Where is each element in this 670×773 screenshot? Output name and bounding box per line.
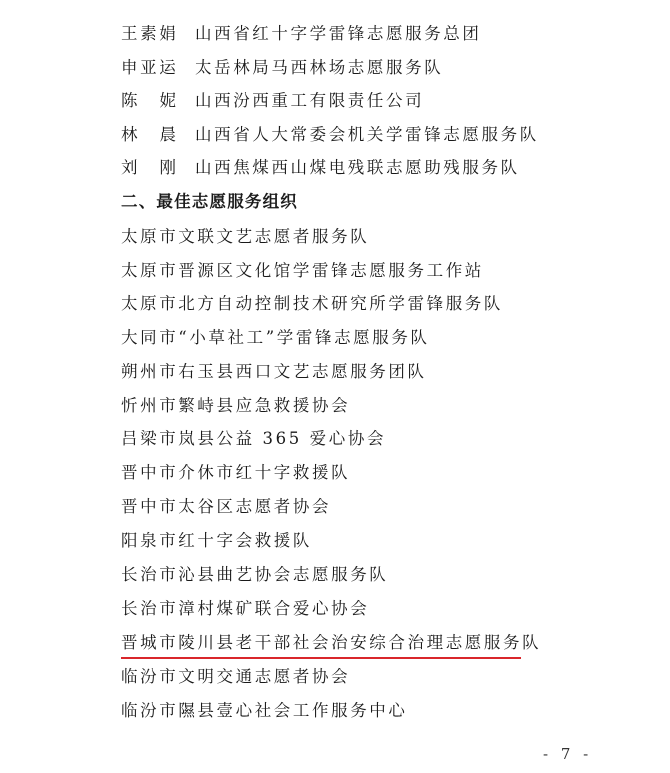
organization-entry: 太原市文联文艺志愿者服务队: [121, 225, 369, 249]
organization-entry: 长治市漳村煤矿联合爱心协会: [121, 597, 369, 621]
organization-entry: 太原市北方自动控制技术研究所学雷锋服务队: [121, 292, 503, 316]
individual-entry: 林晨山西省人大常委会机关学雷锋志愿服务队: [121, 123, 539, 147]
individual-name: 申亚运: [121, 56, 195, 80]
organization-entry: 太原市晋源区文化馆学雷锋志愿服务工作站: [121, 259, 484, 283]
individual-org: 太岳林局马西林场志愿服务队: [195, 58, 443, 77]
red-underline-highlight: [121, 657, 521, 659]
individual-name: 林晨: [121, 123, 195, 147]
organization-entry: 临汾市文明交通志愿者协会: [121, 665, 350, 689]
organization-entry: 大同市“小草社工”学雷锋志愿服务队: [121, 326, 430, 350]
organization-entry: 阳泉市红十字会救援队: [121, 529, 312, 553]
individual-name: 陈妮: [121, 89, 195, 113]
organization-entry: 朔州市右玉县西口文艺志愿服务团队: [121, 360, 427, 384]
individual-entry: 陈妮山西汾西重工有限责任公司: [121, 89, 424, 113]
organization-entry: 晋中市介休市红十字救援队: [121, 461, 350, 485]
individual-org: 山西焦煤西山煤电残联志愿助残服务队: [195, 158, 520, 177]
organization-entry: 晋中市太谷区志愿者协会: [121, 495, 331, 519]
individual-entry: 申亚运太岳林局马西林场志愿服务队: [121, 56, 443, 80]
organization-entry: 忻州市繁峙县应急救援协会: [121, 394, 350, 418]
organization-entry: 吕梁市岚县公益 365 爱心协会: [121, 427, 386, 451]
individual-name: 王素娟: [121, 22, 195, 46]
organization-entry: 长治市沁县曲艺协会志愿服务队: [121, 563, 388, 587]
page-number: - 7 -: [543, 744, 592, 764]
individual-org: 山西省人大常委会机关学雷锋志愿服务队: [195, 125, 539, 144]
individual-name: 刘刚: [121, 156, 195, 180]
individual-org: 山西汾西重工有限责任公司: [195, 91, 424, 110]
document-page: 王素娟山西省红十字学雷锋志愿服务总团 申亚运太岳林局马西林场志愿服务队 陈妮山西…: [0, 0, 670, 773]
section-heading: 二、最佳志愿服务组织: [121, 190, 298, 214]
individual-entry: 王素娟山西省红十字学雷锋志愿服务总团: [121, 22, 482, 46]
individual-entry: 刘刚山西焦煤西山煤电残联志愿助残服务队: [121, 156, 520, 180]
organization-entry-highlighted: 晋城市陵川县老干部社会治安综合治理志愿服务队: [121, 631, 541, 655]
individual-org: 山西省红十字学雷锋志愿服务总团: [195, 24, 482, 43]
organization-entry: 临汾市隰县壹心社会工作服务中心: [121, 699, 408, 723]
